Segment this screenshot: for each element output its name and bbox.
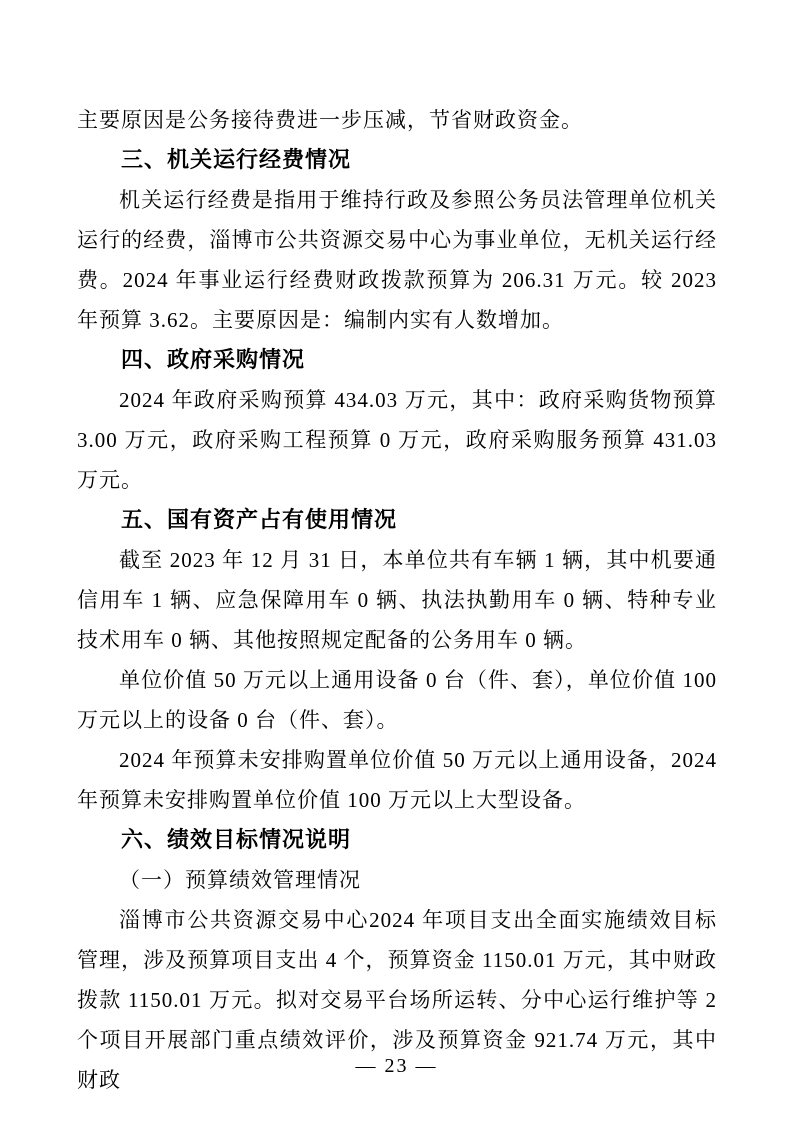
page-content: 主要原因是公务接待费进一步压减，节省财政资金。 三、机关运行经费情况 机关运行经… bbox=[77, 100, 717, 1100]
section-heading-3: 三、机关运行经费情况 bbox=[77, 140, 717, 180]
paragraph: 2024 年政府采购预算 434.03 万元，其中：政府采购货物预算 3.00 … bbox=[77, 380, 717, 500]
section-heading-5: 五、国有资产占有使用情况 bbox=[77, 500, 717, 540]
paragraph: 机关运行经费是指用于维持行政及参照公务员法管理单位机关运行的经费，淄博市公共资源… bbox=[77, 180, 717, 340]
subsection-heading: （一）预算绩效管理情况 bbox=[77, 860, 717, 900]
page-number: — 23 — bbox=[0, 1046, 793, 1086]
paragraph: 单位价值 50 万元以上通用设备 0 台（件、套），单位价值 100 万元以上的… bbox=[77, 660, 717, 740]
section-heading-6: 六、绩效目标情况说明 bbox=[77, 820, 717, 860]
document-page: 主要原因是公务接待费进一步压减，节省财政资金。 三、机关运行经费情况 机关运行经… bbox=[0, 0, 793, 1122]
paragraph: 主要原因是公务接待费进一步压减，节省财政资金。 bbox=[77, 100, 717, 140]
section-heading-4: 四、政府采购情况 bbox=[77, 340, 717, 380]
paragraph: 2024 年预算未安排购置单位价值 50 万元以上通用设备，2024 年预算未安… bbox=[77, 740, 717, 820]
paragraph: 截至 2023 年 12 月 31 日，本单位共有车辆 1 辆，其中机要通信用车… bbox=[77, 540, 717, 660]
